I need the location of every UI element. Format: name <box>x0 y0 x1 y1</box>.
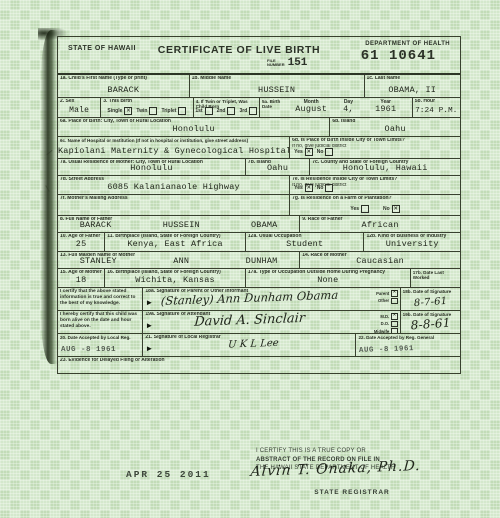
arrow-marker-icon: ► <box>145 321 153 330</box>
field-value: University <box>364 239 459 249</box>
field-1b: 1b. Middle Name HUSSEIN <box>189 75 364 97</box>
field-label: 5b. Hour <box>415 99 458 105</box>
state-registrar-title: STATE REGISTRAR <box>282 489 422 496</box>
form-row: I certify that the above stated informat… <box>58 287 460 310</box>
field-label: 1a. Child's First Name (Type or print) <box>60 76 187 82</box>
certificate-number: 61 10641 <box>361 48 436 64</box>
field-value: Kenya, East Africa <box>105 239 245 249</box>
field-label: 17b. Date Last Worked <box>413 270 458 281</box>
field-6a: 6a. Place of Birth: City, Town or Rural … <box>58 118 329 136</box>
checkbox-label: Other <box>378 298 389 303</box>
checkbox-label: 3rd <box>239 108 247 114</box>
field-value: STANLEY ANN DUNHAM <box>58 256 299 266</box>
checkbox-label: Yes <box>294 185 303 191</box>
field-22: 22. Date Accepted by Reg. General AUG -8… <box>355 334 460 356</box>
field-16: 16. Birthplace (Island, State or Foreign… <box>104 269 245 287</box>
form-row: 6a. Place of Birth: City, Town or Rural … <box>58 117 460 136</box>
field-value: Caucasian <box>300 256 460 266</box>
checkbox-triplet: Triplet <box>161 107 186 115</box>
field-1c: 1c. Last Name OBAMA, II <box>364 75 460 97</box>
field-value: Oahu <box>330 124 460 134</box>
checkbox-label: 2nd <box>217 108 226 114</box>
field-20: 20. Date Accepted by Local Reg. AUG -8 1… <box>58 334 142 356</box>
field-label: 1c. Last Name <box>367 76 458 82</box>
checkbox-2nd: 2nd <box>217 107 236 115</box>
field-value: Honolulu <box>58 124 329 134</box>
field-label: 22. Date Accepted by Reg. General <box>358 335 458 340</box>
checkbox-group: M.D.✕ D.O. Midwife Other <box>374 313 398 333</box>
checkbox-box <box>325 148 333 156</box>
checkbox-label: No <box>317 149 324 155</box>
field-6c: 6c. Name of Hospital or Institution (If … <box>58 137 289 158</box>
field-15: 15. Age of Mother 18 <box>58 269 104 287</box>
checkbox-1st: 1st <box>195 107 212 115</box>
field-label: 23. Evidence for Delayed Filing or Alter… <box>60 358 458 364</box>
year-value: 1961 <box>362 104 410 114</box>
checkbox-box: ✕ <box>124 107 132 115</box>
field-label: 5a. Birth Date <box>262 99 287 116</box>
date-accepted-local-stamp: AUG -8 1961 <box>61 346 116 354</box>
field-value: 18 <box>58 275 104 285</box>
field-12a: 12a. Usual Occupation Student <box>245 233 364 251</box>
field-21: 21. Signature of Local Registrar ► U K L… <box>142 334 355 356</box>
checkbox-no: No <box>317 184 334 192</box>
form-header: STATE OF HAWAII CERTIFICATE OF LIVE BIRT… <box>58 37 460 75</box>
checkbox-box <box>361 205 369 213</box>
field-value: BARACK HUSSEIN OBAMA <box>58 220 299 230</box>
father-last-name: OBAMA <box>251 220 278 230</box>
checkbox-box: ✕ <box>391 290 398 297</box>
form-row: 1a. Child's First Name (Type or print) B… <box>58 75 460 97</box>
parent-certification: I certify that the above stated informat… <box>58 288 142 310</box>
field-4: 4. If Twin or Triplet, Was Child Born 1s… <box>193 98 259 117</box>
form-row: 10. Age of Father 25 11. Birthplace (Isl… <box>58 232 460 251</box>
field-label: 20. Date Accepted by Local Reg. <box>60 335 140 340</box>
checkbox-label: No <box>383 206 390 212</box>
file-number-value: 151 <box>288 57 308 69</box>
checkbox-box: ✕ <box>392 205 400 213</box>
birth-year: Year 1961 <box>362 99 410 116</box>
checkbox-label: 1st <box>195 108 202 114</box>
arrow-marker-icon: ► <box>145 344 153 353</box>
certify-statement: I hereby certify that this child was bor… <box>60 312 140 330</box>
field-10: 10. Age of Father 25 <box>58 233 104 251</box>
checkbox-group: Yes✕ No <box>290 148 460 156</box>
checkbox-label: Parent <box>376 291 389 296</box>
form-row: 6c. Name of Hospital or Institution (If … <box>58 136 460 158</box>
field-1a: 1a. Child's First Name (Type or print) B… <box>58 75 189 97</box>
checkbox-label: Yes <box>294 149 303 155</box>
field-value: Student <box>246 239 364 249</box>
field-6d: 6d. Is Place of Birth Inside City or Tow… <box>289 137 460 158</box>
checkbox-group: Yes✕ No <box>290 184 460 192</box>
checkbox-label: No <box>317 185 324 191</box>
checkbox-yes: Yes✕ <box>294 184 313 192</box>
field-label: 1b. Middle Name <box>192 76 362 82</box>
field-7e: 7e. Is Residence Inside City or Town Lim… <box>289 176 460 194</box>
field-17a: 17a. Type of Occupation Outside Home Dur… <box>245 269 410 287</box>
checkbox-single: Single✕ <box>107 107 132 115</box>
field-7f: 7f. Mother's Mailing Address <box>58 195 289 215</box>
field-3: 3. This Birth Single✕ Twin Triplet <box>100 98 192 117</box>
birth-certificate-page: STATE OF HAWAII CERTIFICATE OF LIVE BIRT… <box>0 0 500 518</box>
checkbox-label: Single <box>107 108 122 114</box>
form-row: 13. Full Maiden Name of Mother STANLEY A… <box>58 251 460 268</box>
field-label: 3. This Birth <box>103 99 190 105</box>
form-row: 8. Full Name of Father BARACK HUSSEIN OB… <box>58 215 460 232</box>
checkbox-label: Yes <box>350 206 359 212</box>
checkbox-box: ✕ <box>391 313 398 320</box>
field-value: HUSSEIN <box>190 85 364 95</box>
checkbox-box <box>149 107 157 115</box>
certify-statement: I certify that the above stated informat… <box>60 289 140 307</box>
checkbox-3rd: 3rd <box>239 107 257 115</box>
checkbox-box: ✕ <box>305 148 313 156</box>
checkbox-yes: Yes✕ <box>294 148 313 156</box>
field-13: 13. Full Maiden Name of Mother STANLEY A… <box>58 252 299 268</box>
field-14: 14. Race of Mother Caucasian <box>299 252 460 268</box>
field-value: 8-7-61 <box>400 295 460 310</box>
month-value: August <box>287 104 335 114</box>
field-7a: 7a. Usual Residence of Mother: City, Tow… <box>58 159 245 175</box>
father-first-name: BARACK <box>80 220 112 230</box>
field-9: 9. Race of Father African <box>299 216 460 232</box>
document-curled-edge <box>41 30 58 364</box>
checkbox-group: Yes No✕ <box>290 205 460 213</box>
father-middle-name: HUSSEIN <box>163 220 200 230</box>
checkbox-box <box>178 107 186 115</box>
mother-middle-name: ANN <box>173 256 189 266</box>
field-7g: 7g. Is Residence on a Farm or Plantation… <box>289 195 460 215</box>
form-row: 2. Sex Male 3. This Birth Single✕ Twin T… <box>58 97 460 117</box>
field-label: 18b. Date of Signature <box>403 289 458 294</box>
attendant-signature: David A. Sinclair <box>159 311 340 331</box>
checkbox-yes: Yes <box>350 205 369 213</box>
file-number-label: FILE NUMBER <box>267 59 285 68</box>
checkbox-label: D.O. <box>381 321 390 326</box>
department-name: DEPARTMENT OF HEALTH <box>365 41 450 47</box>
field-value: Honolulu <box>58 163 245 173</box>
birth-date-columns: 5a. Birth Date Month August Day 4, Year … <box>262 99 410 116</box>
field-value: 6085 Kalanianaole Highway <box>58 182 289 192</box>
field-value: OBAMA, II <box>365 85 460 95</box>
field-7c: 7c. County and State or Foreign Country … <box>309 159 460 175</box>
birth-month: Month August <box>287 99 335 116</box>
checkbox-label: M.D. <box>380 314 389 319</box>
field-value: Kapiolani Maternity & Gynecological Hosp… <box>58 146 289 156</box>
field-value: Oahu <box>246 163 309 173</box>
field-6b: 6b. Island Oahu <box>329 118 460 136</box>
form-row: 7f. Mother's Mailing Address 7g. Is Resi… <box>58 194 460 215</box>
form-row: 7d. Street Address 6085 Kalanianaole Hig… <box>58 175 460 194</box>
field-12b: 12b. Kind of Business or Industry Univer… <box>363 233 459 251</box>
date-accepted-general-stamp: AUG -8 1961 <box>359 345 414 355</box>
day-value: 4, <box>335 104 361 114</box>
field-value: 8-8-61 <box>400 315 460 333</box>
birth-day: Day 4, <box>335 99 361 116</box>
form-row: 23. Evidence for Delayed Filing or Alter… <box>58 356 460 373</box>
field-19b: 19b. Date of Signature 8-8-61 <box>400 311 460 333</box>
field-5b: 5b. Hour 7:24 P.M. <box>412 98 460 117</box>
field-label: 7g. Is Residence on a Farm or Plantation… <box>292 196 458 202</box>
certification-line: I CERTIFY THIS IS A TRUE COPY OR <box>256 447 456 456</box>
checkbox-no: No <box>317 148 334 156</box>
field-label: 2. Sex <box>60 99 98 105</box>
checkbox-group: Parent✕ Other <box>376 290 398 304</box>
field-8: 8. Full Name of Father BARACK HUSSEIN OB… <box>58 216 299 232</box>
field-2: 2. Sex Male <box>58 98 100 117</box>
field-18b: 18b. Date of Signature 8-7-61 <box>400 288 460 310</box>
field-label: 6c. Name of Hospital or Institution (If … <box>60 138 287 143</box>
field-value: Honolulu, Hawaii <box>310 163 460 173</box>
field-value: None <box>246 275 410 285</box>
field-23: 23. Evidence for Delayed Filing or Alter… <box>58 357 460 373</box>
received-date-stamp: APR 25 2011 <box>126 469 211 480</box>
checkbox-box: ✕ <box>305 184 313 192</box>
form-row: 7a. Usual Residence of Mother: City, Tow… <box>58 158 460 175</box>
field-value: BARACK <box>58 85 189 95</box>
field-18a: 18a. Signature of Parent or Other Inform… <box>142 288 399 310</box>
attendant-certification: I hereby certify that this child was bor… <box>58 311 142 333</box>
checkbox-group: 1st 2nd 3rd <box>194 107 259 115</box>
checkbox-box <box>391 298 398 305</box>
checkbox-other: Other <box>378 298 398 305</box>
form-row: 20. Date Accepted by Local Reg. AUG -8 1… <box>58 333 460 356</box>
checkbox-do: D.O. <box>381 321 398 328</box>
checkbox-box <box>227 107 235 115</box>
field-17b: 17b. Date Last Worked <box>410 269 460 287</box>
mother-maiden-name: DUNHAM <box>246 256 278 266</box>
form-row: 15. Age of Mother 18 16. Birthplace (Isl… <box>58 268 460 287</box>
arrow-marker-icon: ► <box>145 298 153 307</box>
field-label: 7f. Mother's Mailing Address <box>60 196 287 202</box>
checkbox-group: Single✕ Twin Triplet <box>101 107 192 115</box>
checkbox-box <box>391 321 398 328</box>
file-number: FILE NUMBER 151 <box>267 57 307 69</box>
checkbox-label: Triplet <box>161 108 176 114</box>
checkbox-box <box>205 107 213 115</box>
checkbox-no: No✕ <box>383 205 400 213</box>
field-value: African <box>300 220 460 230</box>
field-7b: 7b. Island Oahu <box>245 159 309 175</box>
number-word: NUMBER <box>267 63 285 67</box>
mother-first-name: STANLEY <box>80 256 117 266</box>
checkbox-label: Twin <box>136 108 147 114</box>
field-19a: 19a. Signature of Attendant ► David A. S… <box>142 311 399 333</box>
form-row: I hereby certify that this child was bor… <box>58 310 460 333</box>
certificate-form: STATE OF HAWAII CERTIFICATE OF LIVE BIRT… <box>57 36 461 374</box>
checkbox-md: M.D.✕ <box>380 313 397 320</box>
field-11: 11. Birthplace (Island, State or Foreign… <box>104 233 245 251</box>
field-5a: 5a. Birth Date Month August Day 4, Year … <box>259 98 412 117</box>
field-7d: 7d. Street Address 6085 Kalanianaole Hig… <box>58 176 289 194</box>
field-value: Wichita, Kansas <box>105 275 245 285</box>
field-value: Male <box>58 106 100 115</box>
checkbox-twin: Twin <box>136 107 157 115</box>
checkbox-box <box>249 107 257 115</box>
field-value: 25 <box>58 239 104 249</box>
checkbox-box <box>325 184 333 192</box>
checkbox-parent: Parent✕ <box>376 290 398 297</box>
field-value: 7:24 P.M. <box>413 107 460 115</box>
